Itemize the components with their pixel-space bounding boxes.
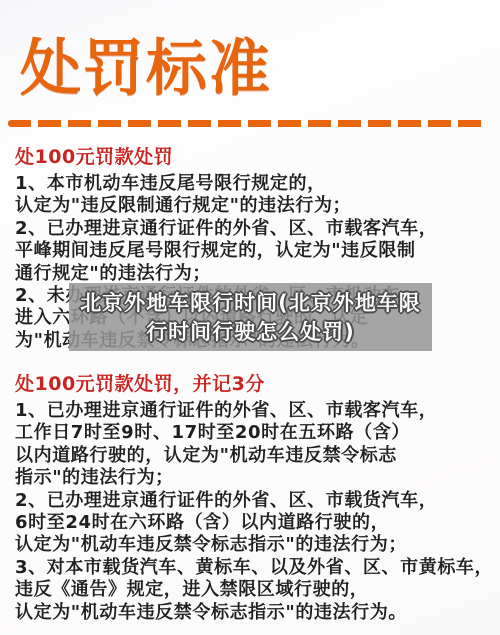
section-heading: 处100元罚款处罚，并记3分 [15,373,493,396]
watermark-line: 行时间行驶怎么处罚) [146,318,355,346]
body-line: 工作日7时至9时、17时至20时在五环路（含） [15,422,493,444]
watermark-title-overlay: 北京外地车限行时间(北京外地车限 行时间行驶怎么处罚) [69,283,432,351]
body-line: 1、本市机动车违反尾号限行规定的， [15,173,493,195]
watermark-line: 北京外地车限行时间(北京外地车限 [80,289,421,317]
body-line: 2、已办理进京通行证件的外省、区、市载货汽车， [15,490,493,512]
body-line: 违反《通告》规定，进入禁限区域行驶的， [15,579,493,601]
page-title: 处罚标准 [20,33,272,105]
body-line: 以内道路行驶的，认定为"机动车违反禁令标志 [15,445,493,467]
body-line: 认定为"机动车违反禁令标志指示"的违法行为； [15,534,493,556]
body-line: 2、已办理进京通行证件的外省、区、市载客汽车， [15,218,493,240]
body-line: 通行规定"的违法行为； [15,263,493,285]
body-line: 认定为"违反限制通行规定"的违法行为； [15,195,493,217]
infographic-page: 处罚标准 处100元罚款处罚 1、本市机动车违反尾号限行规定的， 认定为"违反限… [0,0,500,635]
section-fine-100-points-3: 处100元罚款处罚，并记3分 1、已办理进京通行证件的外省、区、市载客汽车， 工… [15,373,493,624]
body-line: 6时至24时在六环路（含）以内道路行驶的， [15,512,493,534]
body-line: 1、已办理进京通行证件的外省、区、市载客汽车， [15,400,493,422]
dashed-divider [8,120,487,127]
body-line: 认定为"机动车违反禁令标志指示"的违法行为。 [15,602,493,624]
body-line: 平峰期间违反尾号限行规定的，认定为"违反限制 [15,240,493,262]
section-heading: 处100元罚款处罚 [15,146,493,169]
body-line: 3、对本市载货汽车、黄标车、以及外省、区、市黄标车， [15,557,493,579]
body-line: 指示"的违法行为； [15,467,493,489]
